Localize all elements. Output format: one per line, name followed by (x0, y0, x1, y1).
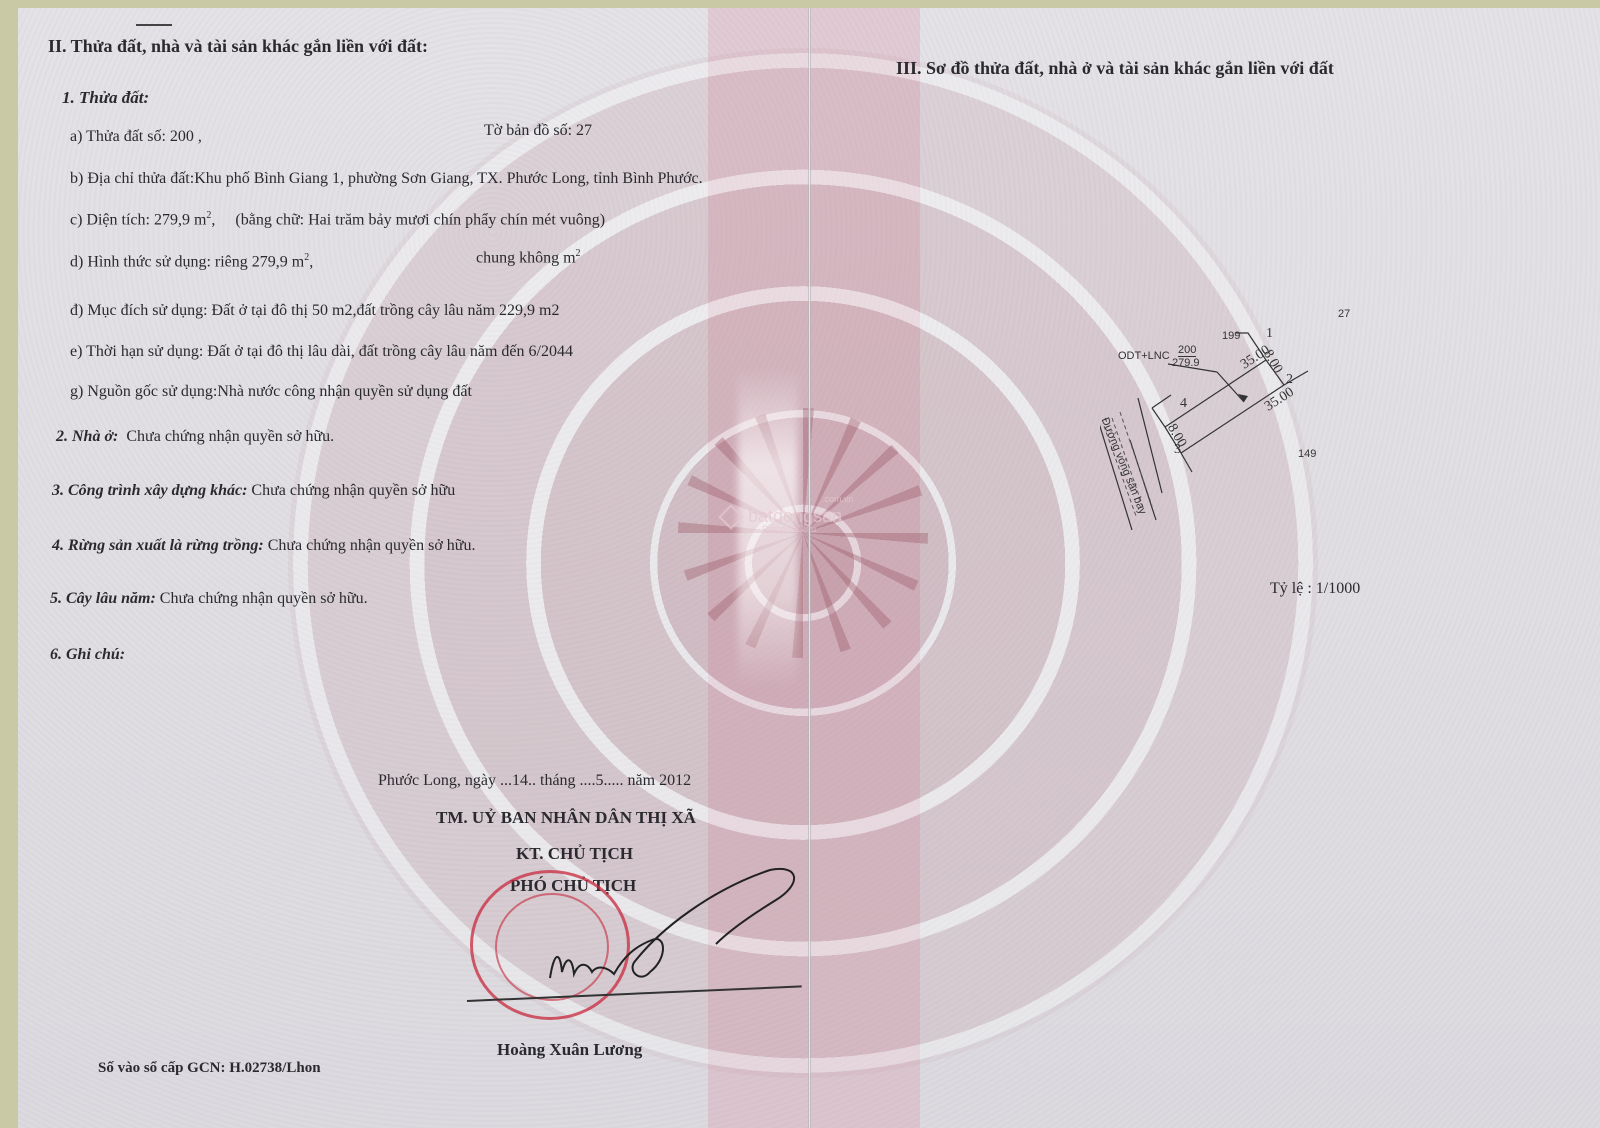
watermark-logo-icon (718, 505, 743, 530)
parcel-diagram: ODT+LNC 200 279.9 199 27 149 1 2 3 4 35.… (1100, 300, 1380, 530)
purpose-row: đ) Mục đích sử dụng: Đất ở tại đô thị 50… (70, 302, 560, 320)
issuing-org: TM. UỶ BAN NHÂN DÂN THỊ XÃ (436, 808, 696, 828)
area-value: 279,9 m (154, 211, 206, 228)
item-other-construction: 3. Công trình xây dựng khác: Chưa chứng … (52, 482, 455, 500)
item-perennial: 5. Cây lâu năm: Chưa chứng nhận quyền sở… (50, 590, 368, 608)
term-label: e) Thời hạn sử dụng: (70, 343, 203, 360)
origin-row: g) Nguồn gốc sử dụng:Nhà nước công nhận … (70, 383, 472, 401)
map-sheet-value: 27 (576, 122, 592, 139)
purpose-value: Đất ở tại đô thị 50 m2,đất trồng cây lâu… (212, 302, 560, 319)
parcel-heading: 1. Thửa đất: (62, 88, 149, 108)
parcel-number-row: a) Thửa đất số: 200 , (70, 128, 202, 146)
top-dash-mark (136, 24, 172, 26)
term-row: e) Thời hạn sử dụng: Đất ở tại đô thị lâ… (70, 343, 573, 361)
section-ii-title: II. Thửa đất, nhà và tài sản khác gắn li… (48, 36, 428, 57)
usage-private-value: 279,9 m (252, 253, 304, 270)
address-value: Khu phố Bình Giang 1, phường Sơn Giang, … (194, 170, 702, 187)
item-notes: 6. Ghi chú: (50, 646, 125, 664)
address-row: b) Địa chỉ thửa đất:Khu phố Bình Giang 1… (70, 170, 703, 188)
parcel-number-label: a) Thửa đất số: (70, 128, 166, 145)
section-iii-title: III. Sơ đồ thửa đất, nhà ở và tài sản kh… (896, 58, 1334, 79)
map-sheet-row: Tờ bản đồ số: 27 (484, 122, 592, 140)
date-line: Phước Long, ngày ...14.. tháng ....5....… (378, 772, 691, 790)
parcel-number-value: 200 , (170, 128, 202, 145)
neighbor-27: 27 (1338, 308, 1350, 320)
map-sheet-label: Tờ bản đồ số: (484, 122, 572, 139)
purpose-label: đ) Mục đích sử dụng: (70, 302, 208, 319)
address-label: b) Địa chỉ thửa đất: (70, 170, 194, 187)
usage-shared: chung không m2 (476, 248, 581, 267)
item-forest: 4. Rừng sản xuất là rừng trồng: Chưa chứ… (52, 537, 475, 555)
area-in-words: (bằng chữ: Hai trăm bảy mươi chín phẩy c… (235, 211, 605, 228)
scale-label: Tỷ lệ : 1/1000 (1270, 580, 1360, 598)
registry-number: Số vào sổ cấp GCN: H.02738/Lhon (98, 1060, 321, 1077)
origin-value: Nhà nước công nhận quyền sử dụng đất (217, 383, 472, 400)
item-house: 2. Nhà ở: Chưa chứng nhận quyền sở hữu. (56, 428, 334, 446)
usage-form-label: d) Hình thức sử dụng: riêng (70, 253, 248, 270)
signer-name: Hoàng Xuân Lương (497, 1040, 642, 1060)
term-value: Đất ở tại đô thị lâu dài, đất trồng cây … (207, 343, 573, 360)
neighbor-199: 199 (1222, 330, 1240, 342)
area-label: c) Diện tích: (70, 211, 150, 228)
neighbor-149: 149 (1298, 448, 1316, 460)
usage-form-row: d) Hình thức sử dụng: riêng 279,9 m2, (70, 252, 313, 271)
area-row: c) Diện tích: 279,9 m2, (bằng chữ: Hai t… (70, 210, 605, 229)
origin-label: g) Nguồn gốc sử dụng: (70, 383, 217, 400)
batdongsan-watermark: batdongsan .com.vn PropertyGuru (722, 506, 842, 527)
